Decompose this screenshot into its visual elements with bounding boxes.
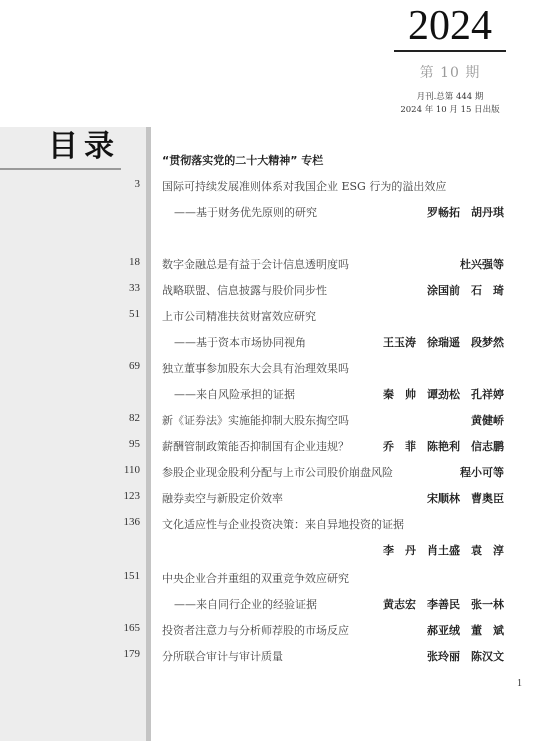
year-heading: 2024 (394, 4, 506, 48)
entry-page-number: 136 (100, 516, 140, 528)
entry-authors: 罗畅拓 胡丹琪 (427, 204, 504, 220)
entry-authors: 乔 菲 陈艳利 信志鹏 (383, 438, 504, 454)
publication-info: 月刊.总第 444 期 (380, 90, 520, 102)
toc-entry-subline: ——来自同行企业的经验证据 黄志宏 李善民 张一林 (0, 596, 554, 614)
entry-page-number: 18 (100, 256, 140, 268)
entry-title[interactable]: 中央企业合并重组的双重竞争效应研究 (162, 570, 349, 586)
toc-entry[interactable]: 18 数字金融总是有益于会计信息透明度吗 杜兴强等 (0, 256, 554, 274)
toc-entry-subline: ——来自风险承担的证据 秦 帅 谭劲松 孔祥婷 (0, 386, 554, 404)
toc-entry[interactable]: 179 分所联合审计与审计质量 张玲丽 陈汉文 (0, 648, 554, 666)
entry-title[interactable]: 文化适应性与企业投资决策：来自异地投资的证据 (162, 516, 404, 532)
entry-authors: 宋顺林 曹奥臣 (427, 490, 504, 506)
toc-entry[interactable]: 110 参股企业现金股利分配与上市公司股价崩盘风险 程小可等 (0, 464, 554, 482)
entry-title[interactable]: 新《证券法》实施能抑制大股东掏空吗 (162, 412, 349, 428)
entry-authors: 李 丹 肖土盛 袁 淳 (383, 542, 504, 558)
toc-entry[interactable]: 165 投资者注意力与分析师荐股的市场反应 郝亚绒 董 斌 (0, 622, 554, 640)
entry-title[interactable]: 融券卖空与新股定价效率 (162, 490, 283, 506)
entry-subtitle: ——来自风险承担的证据 (174, 386, 295, 402)
toc-entry-subline: ——基于资本市场协同视角 王玉涛 徐瑞遥 段梦然 (0, 334, 554, 352)
toc-title-underline (0, 168, 121, 170)
toc-entry[interactable]: 69 独立董事参加股东大会具有治理效果吗 (0, 360, 554, 378)
publish-date: 2024 年 10 月 15 日出版 (380, 103, 520, 115)
entry-page-number: 110 (100, 464, 140, 476)
entry-subtitle: ——基于资本市场协同视角 (174, 334, 306, 350)
toc-entry[interactable]: 3 国际可持续发展准则体系对我国企业 ESG 行为的溢出效应 (0, 178, 554, 196)
issue-number: 第 10 期 (394, 62, 506, 82)
entry-page-number: 51 (100, 308, 140, 320)
year-divider (394, 50, 506, 52)
entry-title[interactable]: 战略联盟、信息披露与股价同步性 (162, 282, 327, 298)
column-section-heading: “贯彻落实党的二十大精神” 专栏 (162, 152, 323, 168)
entry-title[interactable]: 参股企业现金股利分配与上市公司股价崩盘风险 (162, 464, 393, 480)
toc-title: 目录 (48, 127, 120, 167)
entry-title[interactable]: 分所联合审计与审计质量 (162, 648, 283, 664)
toc-entry-subline: 李 丹 肖土盛 袁 淳 (0, 542, 554, 560)
entry-authors: 张玲丽 陈汉文 (427, 648, 504, 664)
entry-authors: 秦 帅 谭劲松 孔祥婷 (383, 386, 504, 402)
entry-authors: 王玉涛 徐瑞遥 段梦然 (383, 334, 504, 350)
toc-entry[interactable]: 51 上市公司精准扶贫财富效应研究 (0, 308, 554, 326)
entry-page-number: 165 (100, 622, 140, 634)
entry-page-number: 3 (100, 178, 140, 190)
entry-title[interactable]: 薪酬管制政策能否抑制国有企业违规？ (162, 438, 349, 454)
toc-entry-subline: ——基于财务优先原则的研究 罗畅拓 胡丹琪 (0, 204, 554, 222)
entry-authors: 涂国前 石 琦 (427, 282, 504, 298)
toc-entry[interactable]: 136 文化适应性与企业投资决策：来自异地投资的证据 (0, 516, 554, 534)
entry-subtitle: ——基于财务优先原则的研究 (174, 204, 317, 220)
entry-title[interactable]: 独立董事参加股东大会具有治理效果吗 (162, 360, 349, 376)
entry-title[interactable]: 国际可持续发展准则体系对我国企业 ESG 行为的溢出效应 (162, 178, 446, 194)
toc-entry[interactable]: 151 中央企业合并重组的双重竞争效应研究 (0, 570, 554, 588)
entry-page-number: 82 (100, 412, 140, 424)
entry-subtitle: ——来自同行企业的经验证据 (174, 596, 317, 612)
entry-authors: 黄志宏 李善民 张一林 (383, 596, 504, 612)
entry-page-number: 151 (100, 570, 140, 582)
toc-entry[interactable]: 95 薪酬管制政策能否抑制国有企业违规？ 乔 菲 陈艳利 信志鹏 (0, 438, 554, 456)
entry-page-number: 179 (100, 648, 140, 660)
toc-entry[interactable]: 33 战略联盟、信息披露与股价同步性 涂国前 石 琦 (0, 282, 554, 300)
entry-title[interactable]: 上市公司精准扶贫财富效应研究 (162, 308, 316, 324)
toc-entry[interactable]: 123 融券卖空与新股定价效率 宋顺林 曹奥臣 (0, 490, 554, 508)
page-number: 1 (517, 678, 522, 689)
entry-title[interactable]: 数字金融总是有益于会计信息透明度吗 (162, 256, 349, 272)
entry-authors: 黄健峤 (471, 412, 504, 428)
entry-page-number: 95 (100, 438, 140, 450)
entry-page-number: 69 (100, 360, 140, 372)
entry-page-number: 123 (100, 490, 140, 502)
entry-authors: 程小可等 (460, 464, 504, 480)
entry-title[interactable]: 投资者注意力与分析师荐股的市场反应 (162, 622, 349, 638)
toc-entry[interactable]: 82 新《证券法》实施能抑制大股东掏空吗 黄健峤 (0, 412, 554, 430)
entry-page-number: 33 (100, 282, 140, 294)
entry-authors: 杜兴强等 (460, 256, 504, 272)
entry-authors: 郝亚绒 董 斌 (427, 622, 504, 638)
